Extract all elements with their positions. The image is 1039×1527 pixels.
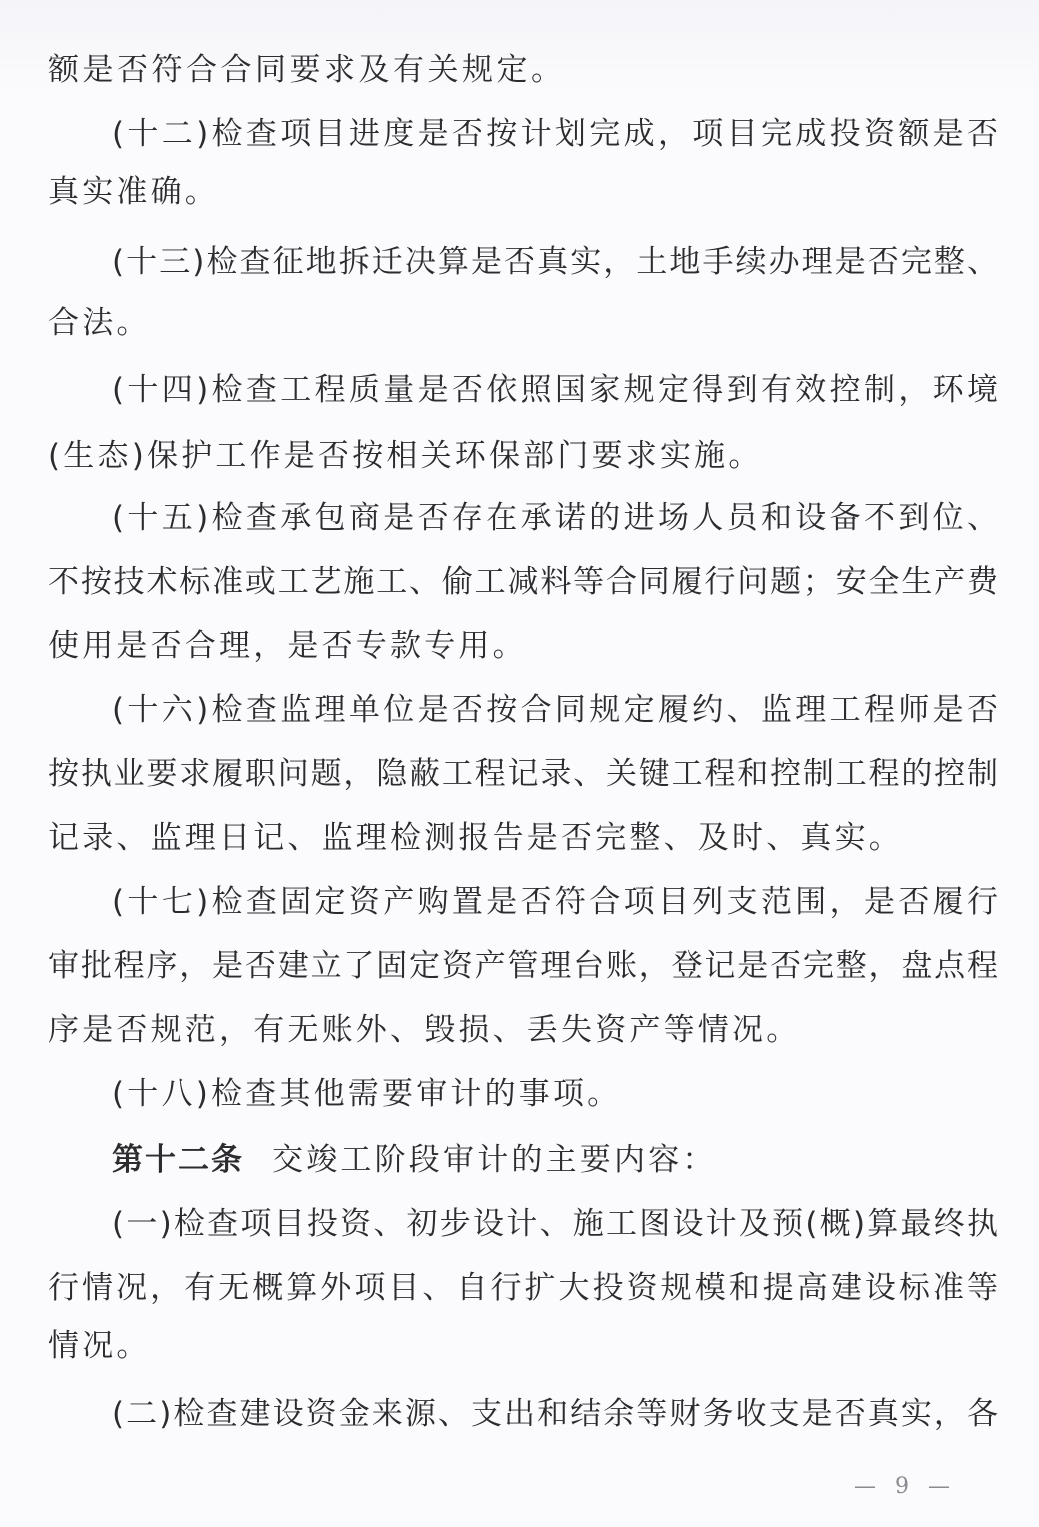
- paragraph-line: (十六)检查监理单位是否按合同规定履约、监理工程师是否: [112, 690, 998, 730]
- page-number: — 9 —: [840, 1472, 970, 1502]
- document-page: 额是否符合合同要求及有关规定。 (十二)检查项目进度是否按计划完成，项目完成投资…: [0, 0, 1039, 1527]
- paragraph-line: 情况。: [48, 1326, 998, 1366]
- paragraph-line: (十七)检查固定资产购置是否符合项目列支范围，是否履行: [112, 882, 998, 922]
- paragraph-line: (十五)检查承包商是否存在承诺的进场人员和设备不到位、: [112, 498, 998, 538]
- paragraph-line: 序是否规范，有无账外、毁损、丢失资产等情况。: [48, 1010, 998, 1050]
- article-heading-line: 第十二条交竣工阶段审计的主要内容：: [112, 1140, 998, 1180]
- paragraph-line: 行情况，有无概算外项目、自行扩大投资规模和提高建设标准等: [48, 1268, 998, 1308]
- paragraph-line: (十二)检查项目进度是否按计划完成，项目完成投资额是否: [112, 114, 998, 154]
- paragraph-line: (生态)保护工作是否按相关环保部门要求实施。: [48, 436, 998, 476]
- paragraph-line: 审批程序，是否建立了固定资产管理台账，登记是否完整，盘点程: [48, 946, 998, 986]
- paragraph-line: (十四)检查工程质量是否依照国家规定得到有效控制，环境: [112, 370, 998, 410]
- paragraph-line: (十三)检查征地拆迁决算是否真实，土地手续办理是否完整、: [112, 242, 998, 282]
- article-number: 第十二条: [112, 1142, 244, 1178]
- paragraph-line: (一)检查项目投资、初步设计、施工图设计及预(概)算最终执: [112, 1204, 998, 1244]
- paragraph-line: 记录、监理日记、监理检测报告是否完整、及时、真实。: [48, 818, 998, 858]
- paragraph-line: (十八)检查其他需要审计的事项。: [112, 1074, 998, 1114]
- paragraph-line: 额是否符合合同要求及有关规定。: [48, 50, 568, 90]
- paragraph-line: 合法。: [48, 303, 998, 343]
- paragraph-line: (二)检查建设资金来源、支出和结余等财务收支是否真实，各: [112, 1394, 998, 1434]
- paragraph-line: 使用是否合理，是否专款专用。: [48, 626, 998, 666]
- paragraph-line: 真实准确。: [48, 172, 998, 212]
- article-title: 交竣工阶段审计的主要内容：: [272, 1142, 717, 1178]
- paragraph-line: 按执业要求履职问题，隐蔽工程记录、关键工程和控制工程的控制: [48, 754, 998, 794]
- paragraph-line: 不按技术标准或工艺施工、偷工减料等合同履行问题；安全生产费: [48, 562, 998, 602]
